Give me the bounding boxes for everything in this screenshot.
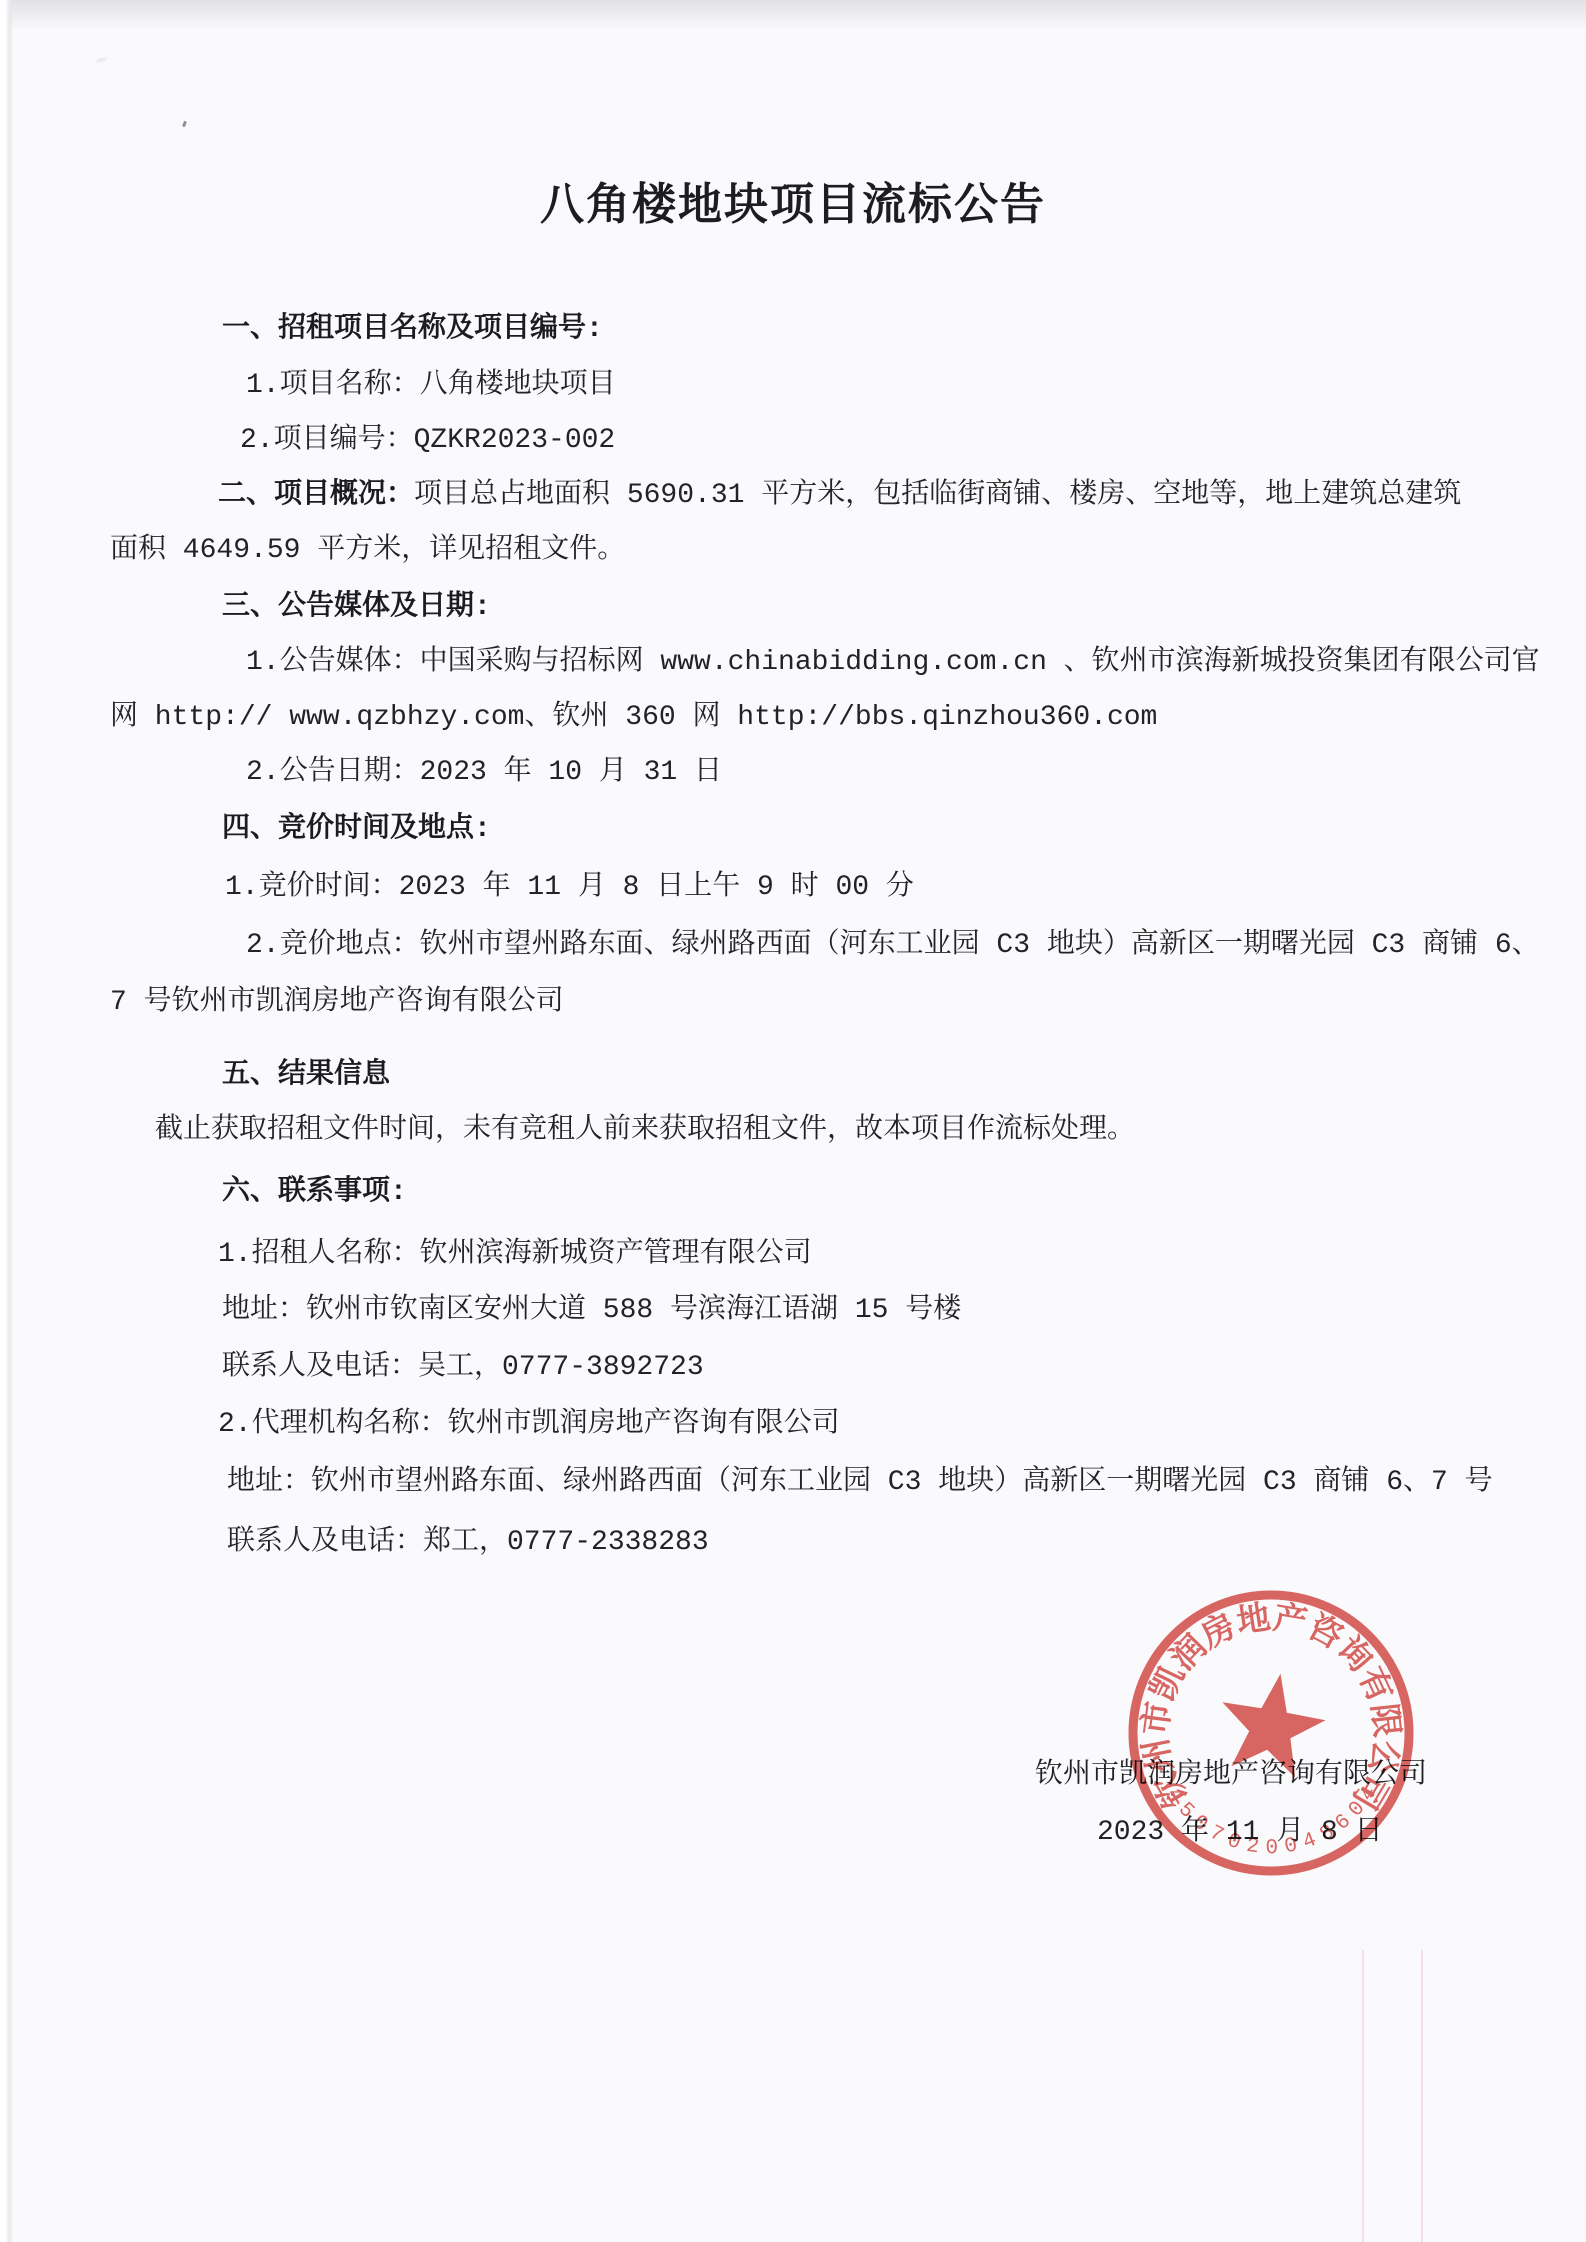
bid-place-wrap-line: 7 号钦州市凯润房地产咨询有限公司 [110, 985, 564, 1021]
lessor-name-line: 1.招租人名称：钦州滨海新城资产管理有限公司 [218, 1237, 812, 1273]
scan-speck [182, 121, 187, 128]
scan-edge-left [0, 0, 13, 2242]
bid-place-line: 2.竞价地点：钦州市望州路东面、绿州路西面（河东工业园 C3 地块）高新区一期曙… [246, 928, 1540, 964]
result-info-line: 截止获取招租文件时间，未有竞租人前来获取招租文件，故本项目作流标处理。 [155, 1113, 1135, 1149]
agency-contact-line: 联系人及电话：郑工，0777-2338283 [227, 1525, 709, 1561]
scanned-document-page: … 八角楼地块项目流标公告 一、招租项目名称及项目编号: 1.项目名称：八角楼地… [0, 0, 1586, 2242]
section-3-heading: 三、公告媒体及日期: [222, 590, 491, 626]
scan-edge-top [0, 0, 1586, 30]
lessor-address-line: 地址：钦州市钦南区安州大道 588 号滨海江语湖 15 号楼 [222, 1293, 961, 1329]
agency-address-line: 地址：钦州市望州路东面、绿州路西面（河东工业园 C3 地块）高新区一期曙光园 C… [227, 1465, 1493, 1501]
announce-media-wrap-line: 网 http:// www.qzbhzy.com、钦州 360 网 http:/… [110, 700, 1157, 736]
scan-artifact-line [1362, 1950, 1364, 2242]
section-2-overview-wrap-line: 面积 4649.59 平方米，详见招租文件。 [110, 533, 625, 569]
project-name-line: 1.项目名称：八角楼地块项目 [246, 368, 616, 404]
section-2-heading: 二、项目概况： [218, 480, 414, 511]
signature-date: 2023 年 11 月 8 日 [1097, 1815, 1383, 1851]
pencil-smudge-mark: … [94, 39, 143, 68]
section-5-heading: 五、结果信息 [222, 1058, 390, 1094]
project-number-line: 2.项目编号：QZKR2023-002 [240, 423, 615, 459]
announce-media-line: 1.公告媒体：中国采购与招标网 www.chinabidding.com.cn … [246, 645, 1540, 681]
bid-time-line: 1.竞价时间：2023 年 11 月 8 日上午 9 时 00 分 [225, 870, 914, 906]
scan-artifact-line [1421, 1950, 1423, 2242]
section-4-heading: 四、竞价时间及地点: [222, 812, 491, 848]
announce-date-line: 2.公告日期：2023 年 10 月 31 日 [246, 755, 722, 791]
signature-company: 钦州市凯润房地产咨询有限公司 [1035, 1758, 1427, 1794]
page-title: 八角楼地块项目流标公告 [0, 168, 1586, 233]
section-2-text: 项目总占地面积 5690.31 平方米，包括临街商铺、楼房、空地等，地上建筑总建… [414, 480, 1461, 511]
agency-name-line: 2.代理机构名称：钦州市凯润房地产咨询有限公司 [218, 1407, 840, 1443]
section-2-overview-line: 二、项目概况：项目总占地面积 5690.31 平方米，包括临街商铺、楼房、空地等… [218, 478, 1461, 514]
section-6-heading: 六、联系事项: [222, 1175, 407, 1211]
lessor-contact-line: 联系人及电话：吴工，0777-3892723 [222, 1350, 704, 1386]
section-1-heading: 一、招租项目名称及项目编号: [222, 312, 603, 348]
